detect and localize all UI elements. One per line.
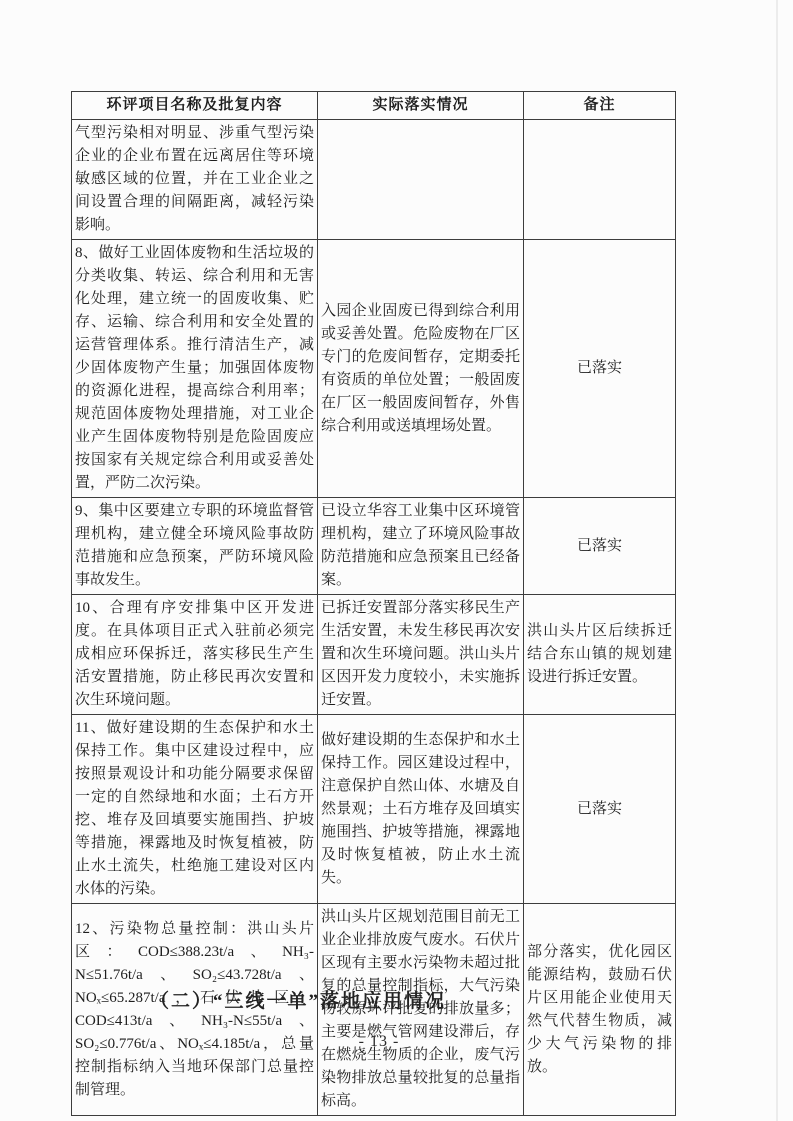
eia-implementation-table: 环评项目名称及批复内容 实际落实情况 备注 气型污染相对明显、涉重气型污染企业的… bbox=[71, 91, 676, 1116]
section-heading: （二）“三线一单”落地应用情况 bbox=[150, 986, 710, 1013]
cell-approval: 11、做好建设期的生态保护和水土保持工作。集中区建设过程中，应按照景观设计和功能… bbox=[72, 715, 318, 904]
cell-implementation: 已拆迁安置部分落实移民生产生活安置，未发生移民再次安置和次生环境问题。洪山头片区… bbox=[318, 595, 524, 715]
cell-approval: 气型污染相对明显、涉重气型污染企业的企业布置在远离居住等环境敏感区域的位置，并在… bbox=[72, 120, 318, 240]
cell-approval: 8、做好工业固体废物和生活垃圾的分类收集、转运、综合利用和无害化处理，建立统一的… bbox=[72, 240, 318, 498]
cell-implementation: 做好建设期的生态保护和水土保持工作。园区建设过程中，注意保护自然山体、水塘及自然… bbox=[318, 715, 524, 904]
cell-remark bbox=[524, 120, 676, 240]
cell-remark: 已落实 bbox=[524, 715, 676, 904]
cell-implementation: 入园企业固废已得到综合利用或妥善处置。危险废物在厂区专门的危废间暂存，定期委托有… bbox=[318, 240, 524, 498]
cell-remark: 已落实 bbox=[524, 240, 676, 498]
table-row: 气型污染相对明显、涉重气型污染企业的企业布置在远离居住等环境敏感区域的位置，并在… bbox=[72, 120, 676, 240]
cell-implementation: 已设立华容工业集中区环境管理机构，建立了环境风险事故防范措施和应急预案且已经备案… bbox=[318, 498, 524, 595]
table-header-row: 环评项目名称及批复内容 实际落实情况 备注 bbox=[72, 92, 676, 120]
page-scan-edge-line bbox=[776, 0, 778, 1121]
table-row: 10、合理有序安排集中区开发进度。在具体项目正式入驻前必须完成相应环保拆迁，落实… bbox=[72, 595, 676, 715]
cell-approval: 9、集中区要建立专职的环境监督管理机构，建立健全环境风险事故防范措施和应急预案，… bbox=[72, 498, 318, 595]
table-row: 9、集中区要建立专职的环境监督管理机构，建立健全环境风险事故防范措施和应急预案，… bbox=[72, 498, 676, 595]
header-remark: 备注 bbox=[524, 92, 676, 120]
cell-implementation bbox=[318, 120, 524, 240]
cell-approval: 10、合理有序安排集中区开发进度。在具体项目正式入驻前必须完成相应环保拆迁，落实… bbox=[72, 595, 318, 715]
cell-remark: 已落实 bbox=[524, 498, 676, 595]
page-number: - 13 - bbox=[0, 1033, 758, 1051]
table-row: 8、做好工业固体废物和生活垃圾的分类收集、转运、综合利用和无害化处理，建立统一的… bbox=[72, 240, 676, 498]
header-approval-content: 环评项目名称及批复内容 bbox=[72, 92, 318, 120]
table-row: 11、做好建设期的生态保护和水土保持工作。集中区建设过程中，应按照景观设计和功能… bbox=[72, 715, 676, 904]
header-implementation-status: 实际落实情况 bbox=[318, 92, 524, 120]
cell-remark: 洪山头片区后续拆迁结合东山镇的规划建设进行拆迁安置。 bbox=[524, 595, 676, 715]
